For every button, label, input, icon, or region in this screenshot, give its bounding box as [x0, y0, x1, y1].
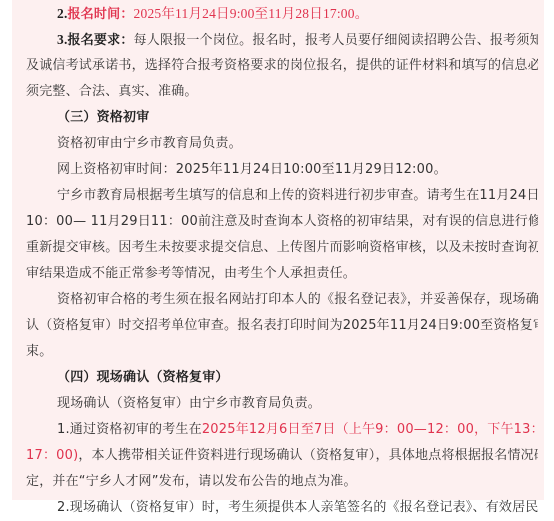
item-number: 3.: [57, 32, 68, 47]
requirements-text: 每人限报一个岗位。报名时，报考人员要仔细阅读招聘公告、报考须知: [134, 33, 538, 48]
onsite-confirmation-responsible: 现场确认（资格复审）由宁乡市教育局负责。: [26, 391, 538, 417]
requirements-label: 报名要求：: [68, 33, 134, 48]
registration-time-value: 2025年11月24日9:00至11月28日17:00。: [134, 6, 369, 21]
print-registration-form: 资格初审合格的考生须在报名网站打印本人的《报名登记表》，并妥善保存，现场确 认（…: [26, 287, 538, 365]
review-details-line-4: 审结果造成不能正常参考等情况，由考生个人承担责任。: [26, 261, 538, 287]
announcement-panel: 2.报名时间：2025年11月24日9:00至11月28日17:00。 3.报名…: [12, 0, 544, 500]
onsite-item1-line-2: 17：00)，本人携带相关证件资料进行现场确认（资格复审），具体地点将根据报名情…: [26, 443, 538, 469]
section-heading-preliminary-review: （三）资格初审: [26, 105, 538, 131]
preliminary-review-details: 宁乡市教育局根据考生填写的信息和上传的资料进行初步审查。请考生在11月24日 1…: [26, 183, 538, 287]
announcement-content: 2.报名时间：2025年11月24日9:00至11月28日17:00。 3.报名…: [26, 0, 538, 500]
onsite-item1-text: ，本人携带相关证件资料进行现场确认（资格复审），具体地点将根据报名情况确: [78, 448, 538, 463]
registration-time-label: 报名时间：: [68, 7, 134, 22]
print-form-line-1: 资格初审合格的考生须在报名网站打印本人的《报名登记表》，并妥善保存，现场确: [26, 287, 538, 313]
onsite-confirmation-dates-end: 17：00): [26, 448, 78, 463]
requirements-line-3: 须完整、合法、真实、准确。: [26, 79, 538, 105]
review-details-line-1: 宁乡市教育局根据考生填写的信息和上传的资料进行初步审查。请考生在11月24日: [26, 183, 538, 209]
preliminary-review-time: 网上资格初审时间：2025年11月24日10:00至11月29日12:00。: [26, 157, 538, 183]
onsite-item2-line-1: 2.现场确认（资格复审）时，考生须提供本人亲笔签名的《报名登记表》、有效居民: [26, 495, 538, 500]
registration-time-line: 2.报名时间：2025年11月24日9:00至11月28日17:00。: [26, 1, 538, 27]
onsite-confirmation-item-1: 1.通过资格初审的考生在2025年12月6日至7日（上午9：00—12：00，下…: [26, 417, 538, 495]
onsite-item1-line-1: 1.通过资格初审的考生在2025年12月6日至7日（上午9：00—12：00，下…: [26, 417, 538, 443]
review-details-line-2: 10：00— 11月29日11：00前注意及时查询本人资格的初审结果，对有误的信…: [26, 209, 538, 235]
registration-requirements: 3.报名要求：每人限报一个岗位。报名时，报考人员要仔细阅读招聘公告、报考须知 及…: [26, 27, 538, 105]
print-form-line-3: 束。: [26, 339, 538, 365]
requirements-line-1: 3.报名要求：每人限报一个岗位。报名时，报考人员要仔细阅读招聘公告、报考须知: [26, 27, 538, 53]
preliminary-review-responsible: 资格初审由宁乡市教育局负责。: [26, 131, 538, 157]
onsite-item1-prefix: 1.通过资格初审的考生在: [57, 422, 202, 437]
requirements-line-2: 及诚信考试承诺书，选择符合报考资格要求的岗位报名，提供的证件材料和填写的信息必: [26, 53, 538, 79]
review-details-line-3: 重新提交审核。因考生未按要求提交信息、上传图片而影响资格审核，以及未按时查询初: [26, 235, 538, 261]
onsite-confirmation-dates: 2025年12月6日至7日（上午9：00—12：00，下午13：00—: [202, 422, 538, 437]
print-form-line-2: 认（资格复审）时交招考单位审查。报名表打印时间为2025年11月24日9:00至…: [26, 313, 538, 339]
onsite-confirmation-item-2: 2.现场确认（资格复审）时，考生须提供本人亲笔签名的《报名登记表》、有效居民: [26, 495, 538, 500]
item-number: 2.: [57, 6, 68, 21]
onsite-item1-line-3: 定，并在“宁乡人才网”发布，请以发布公告的地点为准。: [26, 469, 538, 495]
section-heading-onsite-confirmation: （四）现场确认（资格复审）: [26, 365, 538, 391]
